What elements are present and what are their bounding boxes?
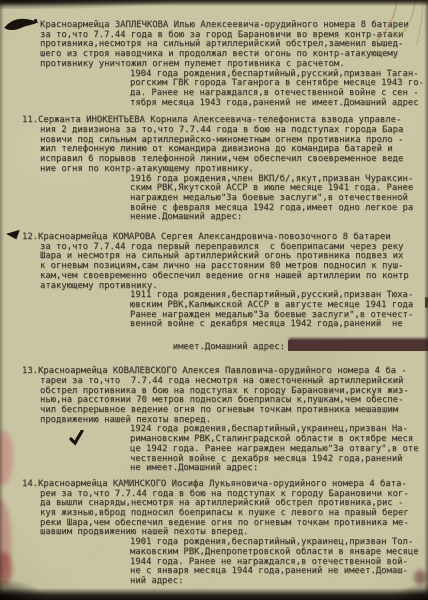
margin-arrow-mark <box>5 228 23 242</box>
bio-line-text: имеет.Домашний адрес: <box>173 342 285 352</box>
bio-line: венной войне с декабря месяца 1942 года,… <box>130 320 422 330</box>
typewritten-text-block: Красноармейца ЗАПЛЕЧКОВА Илью Алексеевич… <box>22 21 422 587</box>
scan-edge-top-left <box>0 0 170 9</box>
entry-13: 13.Красноармейца КОВАЛЕВСКОГО Алексея Па… <box>22 367 422 474</box>
document-page: ЦАМО.РФ ЦАМО.РФ ЦАМО.РФ ЦАМО.РФ ЦАМО.РФ … <box>0 0 428 600</box>
bio-line: не имеет.Домашний адрес: <box>130 464 422 474</box>
entry-11: 11.Сержанта ИНОКЕНТЬЕВА Корнила Алексеев… <box>22 116 422 223</box>
scan-edge-top <box>0 0 428 6</box>
bio-line: нение.Домашний адрес: <box>130 213 422 223</box>
entry-12: 12.Красноармейца КОМАРОВА Сергея Алексан… <box>22 233 422 362</box>
entry-10: Красноармейца ЗАПЛЕЧКОВА Илью Алексеевич… <box>22 21 422 108</box>
scan-edge-left <box>0 0 4 600</box>
pink-stain <box>0 500 11 578</box>
bio-line: тября месяца 1943 года,ранений не имеет.… <box>130 99 422 109</box>
pink-stain <box>0 430 13 485</box>
scan-edge-bottom <box>0 588 428 600</box>
bio-line: ний адрес: <box>130 577 422 587</box>
bio-line: имеет.Домашний адрес: <box>130 330 422 362</box>
entry-14: 14.Красноармейца КАМИНСКОГО Иосифа Лукья… <box>22 480 422 587</box>
pink-stain <box>0 552 12 586</box>
redaction-bar <box>288 340 428 351</box>
